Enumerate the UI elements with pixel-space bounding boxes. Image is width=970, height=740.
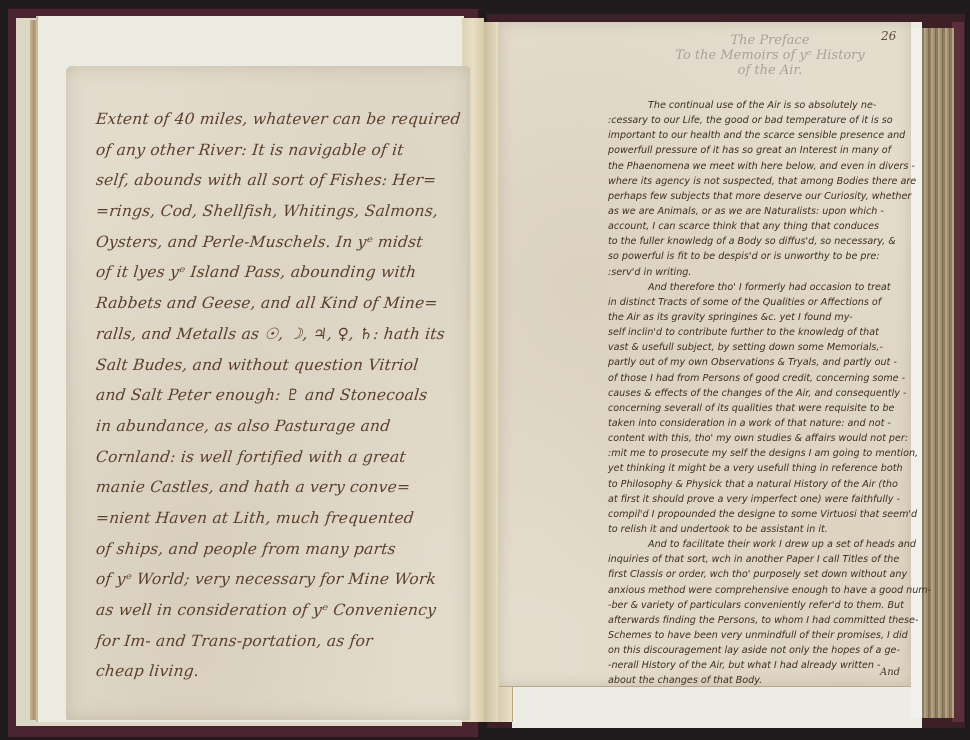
text-line: Schemes to have been very unmindfull of …	[608, 628, 913, 643]
page-title: The Preface To the Memoirs of yᵉ History…	[640, 33, 900, 78]
text-line: manie Castles, and hath a very conve=	[94, 472, 477, 503]
text-line: in distinct Tracts of some of the Qualit…	[608, 295, 913, 310]
text-line: :mit me to prosecute my self the designs…	[608, 446, 913, 461]
text-line: Salt Budes, and without question Vitriol	[94, 350, 477, 381]
text-line: perhaps few subjects that more deserve o…	[608, 189, 913, 204]
text-line: of yᵉ World; very necessary for Mine Wor…	[94, 564, 477, 595]
text-line: cheap living.	[94, 656, 477, 687]
text-line: where its agency is not suspected, that …	[608, 174, 913, 189]
text-line: Cornland: is well fortified with a great	[94, 442, 477, 473]
title-line: To the Memoirs of yᵉ History	[640, 48, 900, 63]
text-line: in abundance, as also Pasturage and	[94, 411, 477, 442]
text-line: first Classis or order, wch tho' purpose…	[608, 567, 913, 582]
text-line: of ships, and people from many parts	[94, 534, 477, 565]
text-line: And therefore tho' I formerly had occasi…	[608, 280, 913, 295]
text-line: content with this, tho' my own studies &…	[608, 431, 913, 446]
text-line: yet thinking it might be a very usefull …	[608, 461, 913, 476]
text-line: as we are Animals, or as we are Naturali…	[608, 204, 913, 219]
text-line: =rings, Cod, Shellfish, Whitings, Salmon…	[94, 196, 477, 227]
text-line: to Philosophy & Physick that a natural H…	[608, 477, 913, 492]
text-line: the Phaenomena we meet with here below, …	[608, 159, 913, 174]
paragraph-3: And to facilitate their work I drew up a…	[608, 537, 913, 688]
text-line: ralls, and Metalls as ☉, ☽, ♃, ♀, ♄: hat…	[94, 319, 477, 350]
right-page-text: The continual use of the Air is so absol…	[608, 98, 913, 688]
text-line: for Im- and Trans-portation, as for	[94, 626, 477, 657]
text-line: Extent of 40 miles, whatever can be requ…	[94, 104, 477, 135]
text-line: powerfull pressure of it has so great an…	[608, 143, 913, 158]
text-line: the Air as its gravity springines &c. ye…	[608, 310, 913, 325]
catchword: And	[880, 667, 900, 678]
title-line: of the Air.	[640, 63, 900, 78]
text-line: to relish it and undertook to be assista…	[608, 522, 913, 537]
gutter-fold-center	[484, 22, 498, 722]
paragraph-2: And therefore tho' I formerly had occasi…	[608, 280, 913, 537]
text-line: and Salt Peter enough: ♇ and Stonecoals	[94, 380, 477, 411]
text-line: of those I had from Persons of good cred…	[608, 371, 913, 386]
text-line: :cessary to our Life, the good or bad te…	[608, 113, 913, 128]
text-line: Oysters, and Perle-Muschels. In yᵉ midst	[94, 227, 477, 258]
text-block-fore-edge	[922, 28, 954, 718]
text-line: -ber & variety of particulars convenient…	[608, 598, 913, 613]
text-line: compil'd I propounded the designe to som…	[608, 507, 913, 522]
paragraph-1: The continual use of the Air is so absol…	[608, 98, 913, 280]
text-line: -nerall History of the Air, but what I h…	[608, 658, 913, 673]
page-number: 26	[881, 29, 896, 43]
text-line: afterwards finding the Persons, to whom …	[608, 613, 913, 628]
text-line: self, abounds with all sort of Fishes: H…	[94, 165, 477, 196]
left-page-text: Extent of 40 miles, whatever can be requ…	[96, 104, 476, 687]
text-line: of any other River: It is navigable of i…	[94, 135, 477, 166]
title-line: The Preface	[640, 33, 900, 48]
text-line: so powerful is fit to be despis'd or is …	[608, 249, 913, 264]
text-line: as well in consideration of yᵉ Convenien…	[94, 595, 477, 626]
text-line: at first it should prove a very imperfec…	[608, 492, 913, 507]
text-line: The continual use of the Air is so absol…	[608, 98, 913, 113]
text-line: taken into consideration in a work of th…	[608, 416, 913, 431]
text-line: account, I can scarce think that any thi…	[608, 219, 913, 234]
text-line: to the fuller knowledg of a Body so diff…	[608, 234, 913, 249]
text-line: concerning severall of its qualities tha…	[608, 401, 913, 416]
text-line: important to our health and the scarce s…	[608, 128, 913, 143]
text-line: anxious method were comprehensive enough…	[608, 583, 913, 598]
text-line: And to facilitate their work I drew up a…	[608, 537, 913, 552]
text-line: inquiries of that sort, wch in another P…	[608, 552, 913, 567]
text-line: self inclin'd to contribute further to t…	[608, 325, 913, 340]
text-line: on this discouragement lay aside not onl…	[608, 643, 913, 658]
text-line: :serv'd in writing.	[608, 265, 913, 280]
text-line: of it lyes yᵉ Island Pass, abounding wit…	[94, 257, 477, 288]
text-line: =nient Haven at Lith, much frequented	[94, 503, 477, 534]
text-line: vast & usefull subject, by setting down …	[608, 340, 913, 355]
text-line: partly out of my own Observations & Trya…	[608, 355, 913, 370]
text-line: Rabbets and Geese, and all Kind of Mine=	[94, 288, 477, 319]
text-line: causes & effects of the changes of the A…	[608, 386, 913, 401]
text-line: about the changes of that Body.	[608, 673, 913, 688]
